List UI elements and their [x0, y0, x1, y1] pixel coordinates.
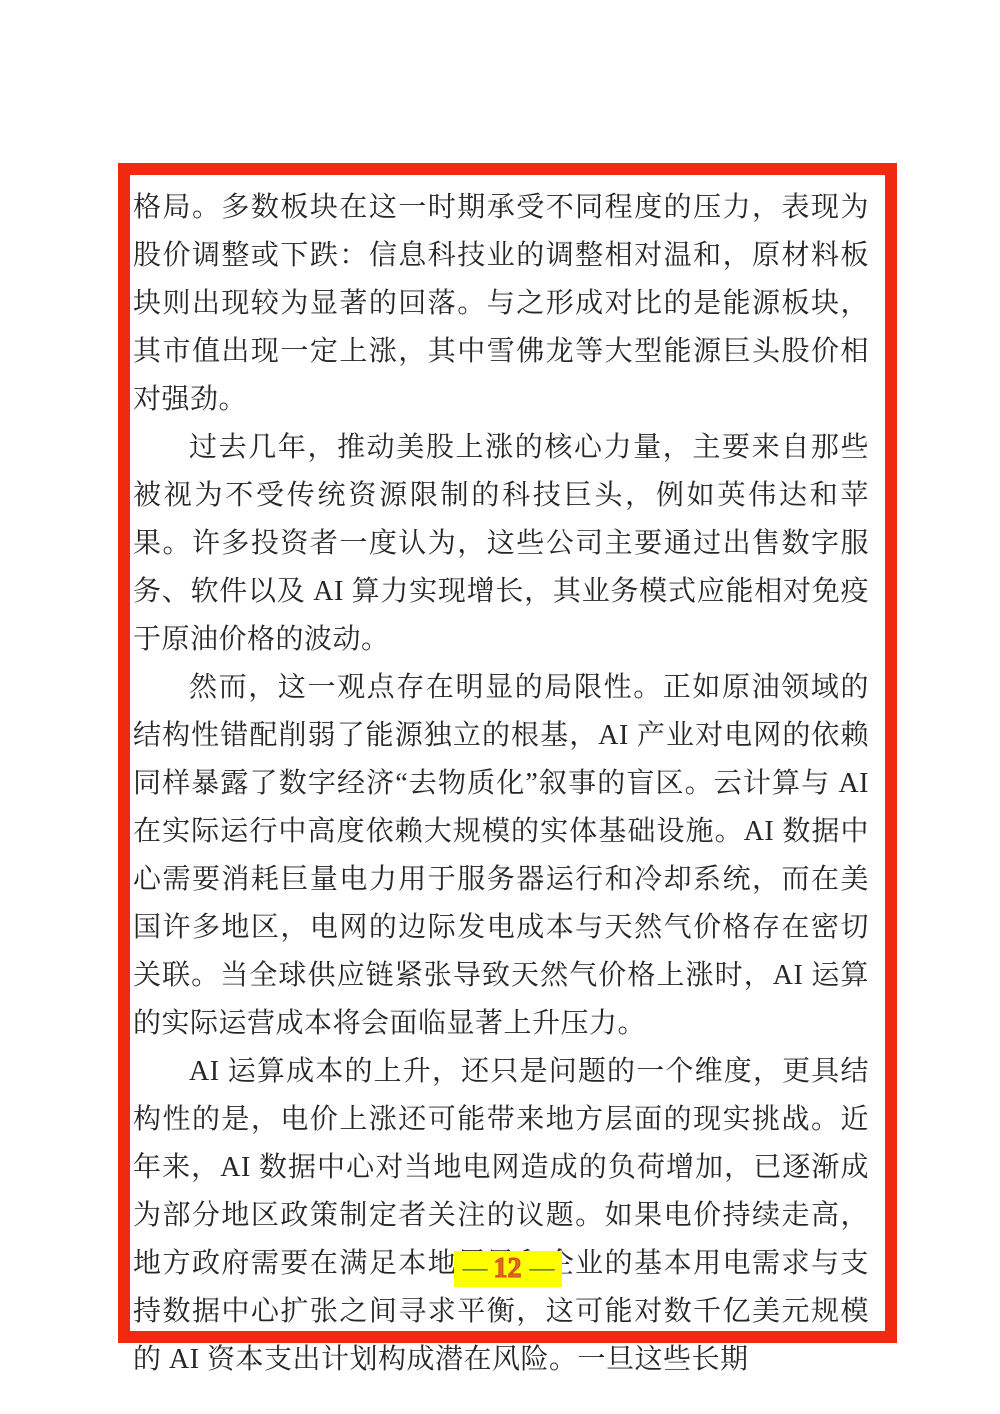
- page-number: 12: [494, 1253, 522, 1284]
- paragraph: 然而，这一观点存在明显的局限性。正如原油领域的结构性错配削弱了能源独立的根基，A…: [133, 664, 869, 1048]
- page-number-highlight: —12—: [454, 1251, 562, 1287]
- paragraph: AI 运算成本的上升，还只是问题的一个维度，更具结构性的是，电价上涨还可能带来地…: [133, 1048, 869, 1384]
- paragraph: 过去几年，推动美股上涨的核心力量，主要来自那些被视为不受传统资源限制的科技巨头，…: [133, 424, 869, 664]
- page-border-frame: 格局。多数板块在这一时期承受不同程度的压力，表现为股价调整或下跌：信息科技业的调…: [118, 163, 897, 1343]
- page-footer: —12—: [130, 1251, 885, 1287]
- paragraph-continued: 格局。多数板块在这一时期承受不同程度的压力，表现为股价调整或下跌：信息科技业的调…: [133, 184, 869, 424]
- footer-dash-left: —: [463, 1255, 486, 1282]
- page-body-text: 格局。多数板块在这一时期承受不同程度的压力，表现为股价调整或下跌：信息科技业的调…: [133, 184, 869, 1384]
- footer-dash-right: —: [530, 1255, 553, 1282]
